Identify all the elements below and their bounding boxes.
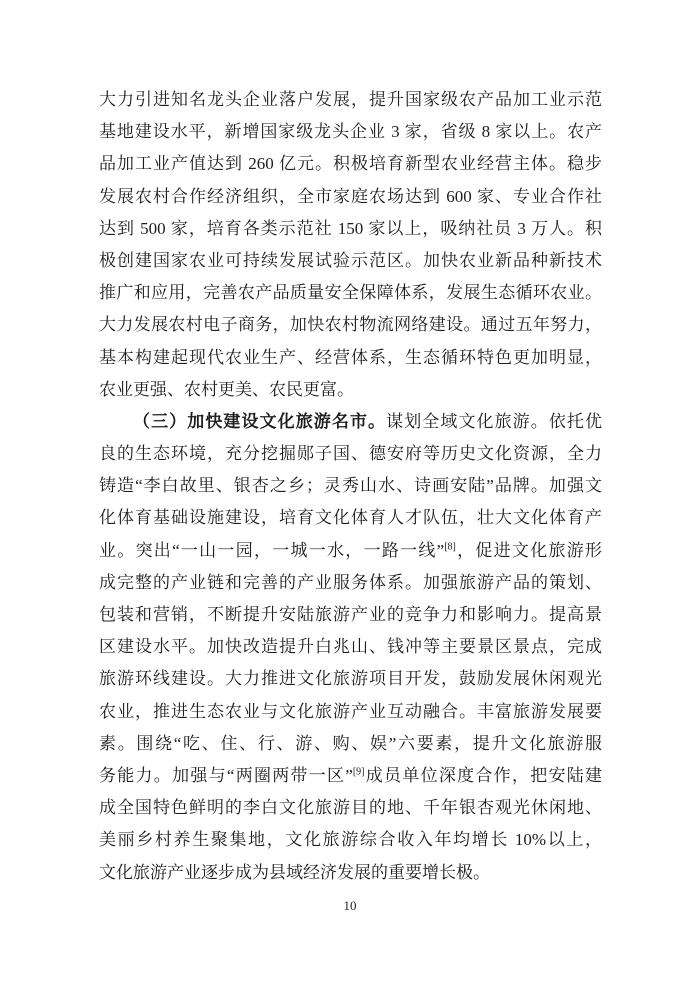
- document-page: 大力引进知名龙头企业落户发展，提升国家级农产品加工业示范基地建设水平，新增国家级…: [0, 0, 700, 990]
- text-segment: 基本构建起现代农业生产、经营体系，生态循环特色更加明显，: [99, 348, 602, 367]
- text-line: 良的生态环境，充分挖掘郧子国、德安府等历史文化资源，全力: [99, 438, 602, 470]
- text-line: 农业更强、农村更美、农民更富。: [99, 374, 602, 406]
- text-segment: 铸造“李白故里、银杏之乡；灵秀山水、诗画安陆”品牌。加强文: [99, 476, 602, 495]
- text-line: 农业，推进生态农业与文化旅游产业互动融合。丰富旅游发展要: [99, 696, 602, 728]
- text-segment: 文化旅游产业逐步成为县域经济发展的重要增长极。: [99, 863, 490, 882]
- text-line: 发展农村合作经济组织，全市家庭农场达到 600 家、专业合作社: [99, 181, 602, 213]
- text-line: 大力引进知名龙头企业落户发展，提升国家级农产品加工业示范: [99, 84, 602, 116]
- page-number: 10: [0, 898, 700, 914]
- text-line: 区建设水平。加快改造提升白兆山、钱冲等主要景区景点，完成: [99, 631, 602, 663]
- text-segment: ，促进文化旅游形: [456, 541, 602, 560]
- section-heading: （三）加快建设文化旅游名市。: [133, 412, 386, 431]
- text-segment: 成完整的产业链和完善的产业服务体系。加强旅游产品的策划、: [99, 573, 602, 592]
- text-segment: 谋划全域文化旅游。依托优: [386, 412, 602, 431]
- text-line: （三）加快建设文化旅游名市。谋划全域文化旅游。依托优: [99, 406, 602, 438]
- text-line: 素。围绕“吃、住、行、游、购、娱”六要素，提升文化旅游服: [99, 728, 602, 760]
- text-segment: 发展农村合作经济组织，全市家庭农场达到 600 家、专业合作社: [99, 187, 602, 206]
- text-segment: 大力发展农村电子商务，加快农村物流网络建设。通过五年努力，: [99, 315, 602, 334]
- text-segment: 旅游环线建设。大力推进文化旅游项目开发，鼓励发展休闲观光: [99, 669, 602, 688]
- text-line: 务能力。加强与“两圈两带一区”[9]成员单位深度合作，把安陆建: [99, 760, 602, 792]
- text-line: 达到 500 家，培育各类示范社 150 家以上，吸纳社员 3 万人。积: [99, 213, 602, 245]
- text-line: 品加工业产值达到 260 亿元。积极培育新型农业经营主体。稳步: [99, 148, 602, 180]
- text-segment: 良的生态环境，充分挖掘郧子国、德安府等历史文化资源，全力: [99, 444, 602, 463]
- text-segment: 推广和应用，完善农产品质量安全保障体系，发展生态循环农业。: [99, 283, 602, 302]
- text-segment: 包装和营销，不断提升安陆旅游产业的竞争力和影响力。提高景: [99, 605, 602, 624]
- footnote-ref: [8]: [444, 541, 456, 552]
- text-segment: 成全国特色鲜明的李白文化旅游目的地、千年银杏观光休闲地、: [99, 798, 602, 817]
- text-segment: 大力引进知名龙头企业落户发展，提升国家级农产品加工业示范: [99, 90, 602, 109]
- text-segment: 品加工业产值达到 260 亿元。积极培育新型农业经营主体。稳步: [99, 154, 602, 173]
- text-line: 铸造“李白故里、银杏之乡；灵秀山水、诗画安陆”品牌。加强文: [99, 470, 602, 502]
- text-segment: 美丽乡村养生聚集地，文化旅游综合收入年均增长 10%以上，: [99, 830, 602, 849]
- text-line: 业。突出“一山一园，一城一水，一路一线”[8]，促进文化旅游形: [99, 535, 602, 567]
- text-line: 极创建国家农业可持续发展试验示范区。加快农业新品种新技术: [99, 245, 602, 277]
- text-line: 推广和应用，完善农产品质量安全保障体系，发展生态循环农业。: [99, 277, 602, 309]
- text-line: 成全国特色鲜明的李白文化旅游目的地、千年银杏观光休闲地、: [99, 792, 602, 824]
- text-segment: 业。突出“一山一园，一城一水，一路一线”: [99, 541, 444, 560]
- text-segment: 化体育基础设施建设，培育文化体育人才队伍，壮大文化体育产: [99, 508, 602, 527]
- text-line: 基地建设水平，新增国家级龙头企业 3 家，省级 8 家以上。农产: [99, 116, 602, 148]
- text-segment: 达到 500 家，培育各类示范社 150 家以上，吸纳社员 3 万人。积: [99, 219, 602, 238]
- footnote-ref: [9]: [353, 766, 365, 777]
- text-line: 包装和营销，不断提升安陆旅游产业的竞争力和影响力。提高景: [99, 599, 602, 631]
- text-segment: 素。围绕“吃、住、行、游、购、娱”六要素，提升文化旅游服: [99, 734, 602, 753]
- text-segment: 农业更强、农村更美、农民更富。: [99, 380, 354, 399]
- text-segment: 基地建设水平，新增国家级龙头企业 3 家，省级 8 家以上。农产: [99, 122, 602, 141]
- text-segment: 务能力。加强与“两圈两带一区”: [99, 766, 353, 785]
- text-line: 文化旅游产业逐步成为县域经济发展的重要增长极。: [99, 857, 602, 889]
- text-segment: 区建设水平。加快改造提升白兆山、钱冲等主要景区景点，完成: [99, 637, 602, 656]
- text-line: 化体育基础设施建设，培育文化体育人才队伍，壮大文化体育产: [99, 502, 602, 534]
- text-segment: 极创建国家农业可持续发展试验示范区。加快农业新品种新技术: [99, 251, 602, 270]
- text-line: 成完整的产业链和完善的产业服务体系。加强旅游产品的策划、: [99, 567, 602, 599]
- text-block: 大力引进知名龙头企业落户发展，提升国家级农产品加工业示范基地建设水平，新增国家级…: [99, 84, 602, 889]
- text-segment: 农业，推进生态农业与文化旅游产业互动融合。丰富旅游发展要: [99, 702, 602, 721]
- text-line: 大力发展农村电子商务，加快农村物流网络建设。通过五年努力，: [99, 309, 602, 341]
- text-line: 美丽乡村养生聚集地，文化旅游综合收入年均增长 10%以上，: [99, 824, 602, 856]
- text-segment: 成员单位深度合作，把安陆建: [365, 766, 602, 785]
- text-line: 旅游环线建设。大力推进文化旅游项目开发，鼓励发展休闲观光: [99, 663, 602, 695]
- text-line: 基本构建起现代农业生产、经营体系，生态循环特色更加明显，: [99, 342, 602, 374]
